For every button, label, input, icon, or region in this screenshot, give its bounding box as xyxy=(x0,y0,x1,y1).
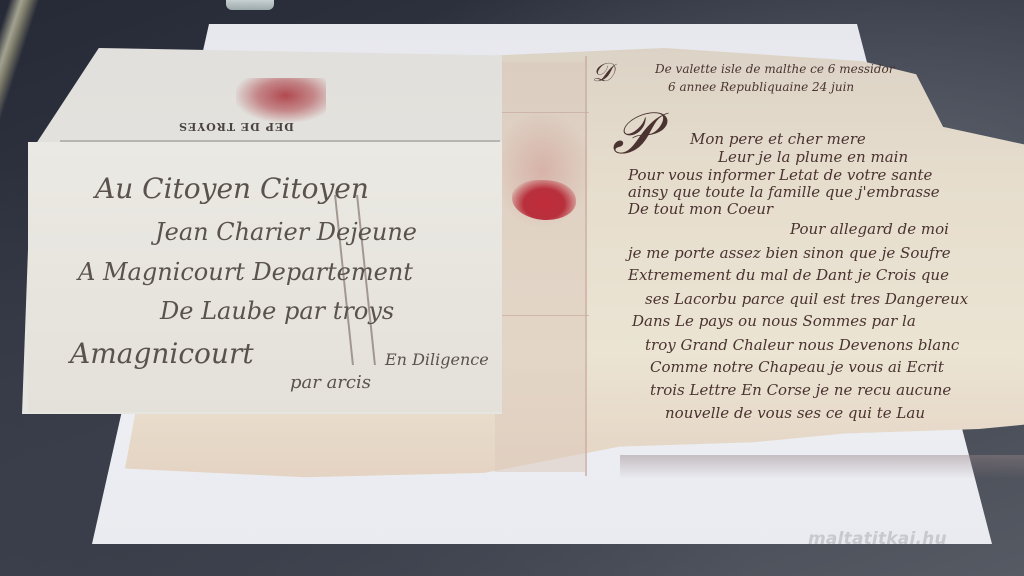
letter-line: Dans Le pays ou nous Sommes par la xyxy=(632,312,916,330)
letter-fold-line xyxy=(495,315,589,316)
letter-line: Mon pere et cher mere xyxy=(690,130,866,148)
envelope-wax-seal xyxy=(236,78,326,122)
address-line: Amagnicourt xyxy=(70,337,254,370)
letter-line: Pour allegard de moi xyxy=(790,220,949,238)
letter-line: Comme notre Chapeau je vous ai Ecrit xyxy=(650,358,944,376)
letter-line: trois Lettre En Corse je ne recu aucune xyxy=(650,381,951,399)
postmark-stamp: DEP DE TROYES xyxy=(178,120,294,133)
letter-line: De tout mon Coeur xyxy=(628,200,773,218)
torn-edge-shadow xyxy=(620,455,1024,479)
address-line: A Magnicourt Departement xyxy=(78,258,413,286)
glass-clip xyxy=(226,0,274,10)
watermark: maltatitkai.hu xyxy=(808,529,947,549)
envelope-fold-edge xyxy=(60,140,500,142)
letter-line: troy Grand Chaleur nous Devenons blanc xyxy=(645,336,959,354)
address-line: En Diligence xyxy=(385,350,489,369)
letter-line: je me porte assez bien sinon que je Souf… xyxy=(628,244,951,262)
letter-line: Pour vous informer Letat de votre sante xyxy=(628,166,932,184)
letter-line: Leur je la plume en main xyxy=(718,148,908,166)
letter-capital-flourish: 𝒫 xyxy=(612,104,654,162)
letter-initial-flourish: 𝒟 xyxy=(592,58,613,89)
letter-line: ainsy que toute la famille que j'embrass… xyxy=(628,183,940,201)
address-line: Au Citoyen Citoyen xyxy=(95,172,369,205)
letter-header-line: 6 annee Republiquaine 24 juin xyxy=(668,80,854,94)
letter-line: nouvelle de vous ses ce qui te Lau xyxy=(665,404,925,422)
letter-line: Extremement du mal de Dant je Crois que xyxy=(628,266,949,284)
letter-line: ses Lacorbu parce quil est tres Dangereu… xyxy=(645,290,968,308)
address-line: Jean Charier Dejeune xyxy=(155,218,417,246)
address-line: par arcis xyxy=(290,372,371,393)
address-line: De Laube par troys xyxy=(160,297,394,325)
letter-header-line: De valette isle de malthe ce 6 messidor xyxy=(655,62,895,76)
